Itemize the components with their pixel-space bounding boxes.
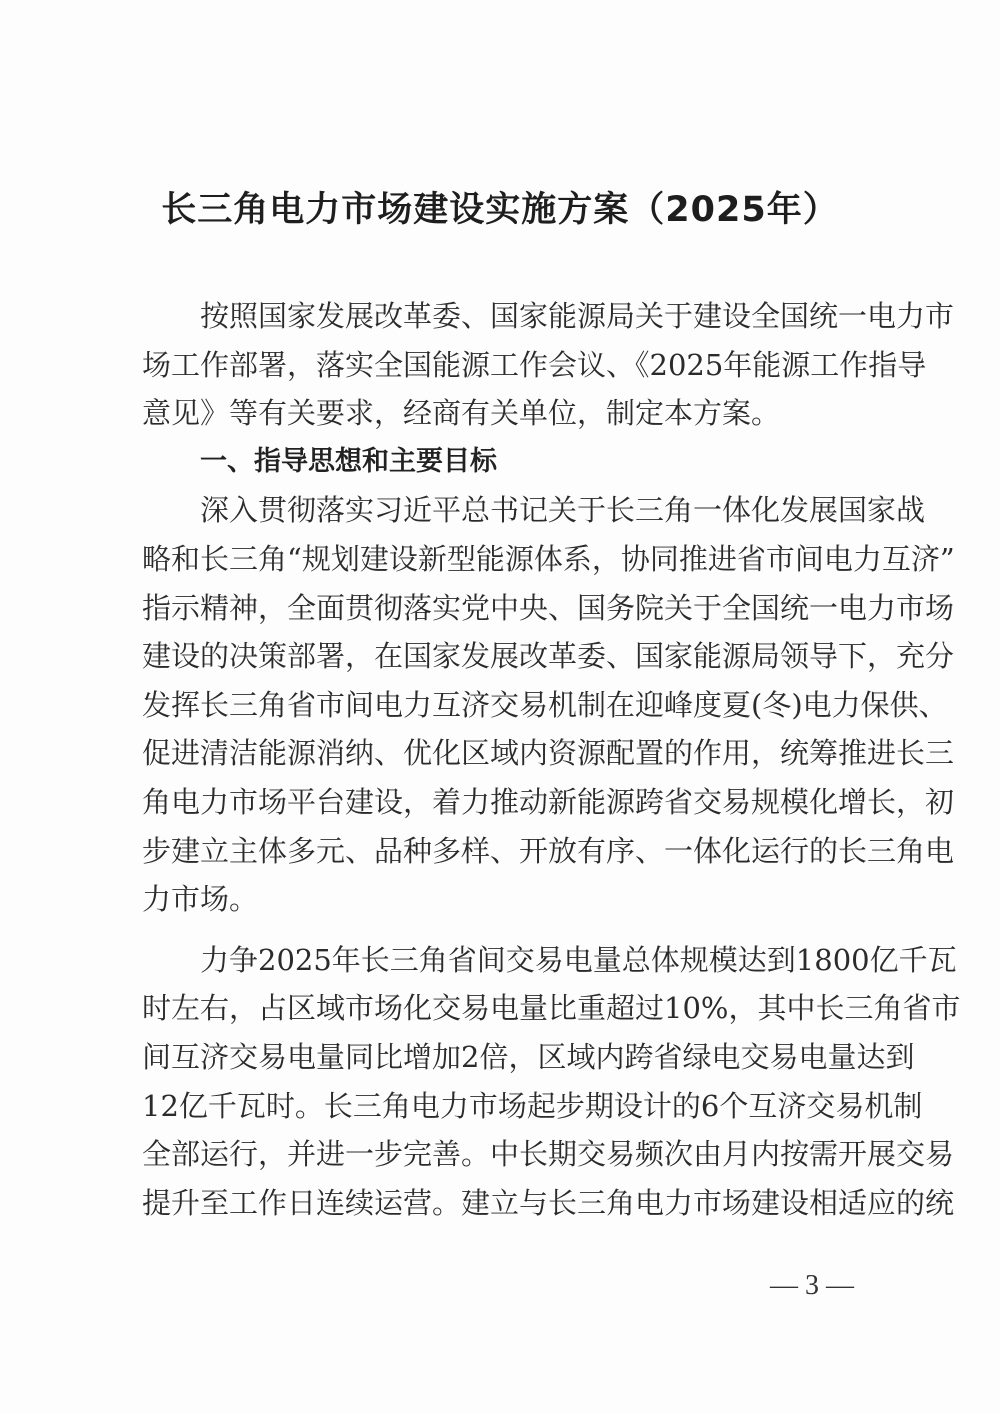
- paragraph-line: 建设的决策部署，在国家发展改革委、国家能源局领导下，充分: [142, 632, 860, 681]
- intro-line: 意见》等有关要求，经商有关单位，制定本方案。: [142, 389, 860, 438]
- paragraph-line: 角电力市场平台建设，着力推动新能源跨省交易规模化增长，初: [142, 778, 860, 827]
- paragraph-gap: [142, 924, 860, 936]
- paragraph-line: 力市场。: [142, 875, 860, 924]
- intro-line: 按照国家发展改革委、国家能源局关于建设全国统一电力市: [142, 292, 860, 341]
- paragraph-line: 12亿千瓦时。长三角电力市场起步期设计的6个互济交易机制: [142, 1082, 860, 1131]
- paragraph-line: 力争2025年长三角省间交易电量总体规模达到1800亿千瓦: [142, 936, 860, 985]
- paragraph-line: 间互济交易电量同比增加2倍，区域内跨省绿电交易电量达到: [142, 1033, 860, 1082]
- document-page: 长三角电力市场建设实施方案（2025年） 按照国家发展改革委、国家能源局关于建设…: [0, 0, 1000, 1413]
- paragraph-line: 全部运行，并进一步完善。中长期交易频次由月内按需开展交易: [142, 1130, 860, 1179]
- paragraph-line: 指示精神，全面贯彻落实党中央、国务院关于全国统一电力市场: [142, 584, 860, 633]
- paragraph-line: 时左右，占区域市场化交易电量比重超过10%，其中长三角省市: [142, 984, 860, 1033]
- paragraph-line: 步建立主体多元、品种多样、开放有序、一体化运行的长三角电: [142, 827, 860, 876]
- paragraph-line: 略和长三角“规划建设新型能源体系，协同推进省市间电力互济”: [142, 535, 860, 584]
- paragraph-line: 提升至工作日连续运营。建立与长三角电力市场建设相适应的统: [142, 1179, 860, 1228]
- section-heading: 一、指导思想和主要目标: [142, 438, 860, 487]
- page-number: — 3 —: [770, 1270, 854, 1302]
- document-body: 按照国家发展改革委、国家能源局关于建设全国统一电力市 场工作部署，落实全国能源工…: [142, 292, 860, 1227]
- paragraph-line: 发挥长三角省市间电力互济交易机制在迎峰度夏(冬)电力保供、: [142, 681, 860, 730]
- document-title: 长三角电力市场建设实施方案（2025年）: [0, 186, 1000, 234]
- intro-line: 场工作部署，落实全国能源工作会议、《2025年能源工作指导: [142, 341, 860, 390]
- paragraph-line: 促进清洁能源消纳、优化区域内资源配置的作用，统筹推进长三: [142, 729, 860, 778]
- paragraph-line: 深入贯彻落实习近平总书记关于长三角一体化发展国家战: [142, 486, 860, 535]
